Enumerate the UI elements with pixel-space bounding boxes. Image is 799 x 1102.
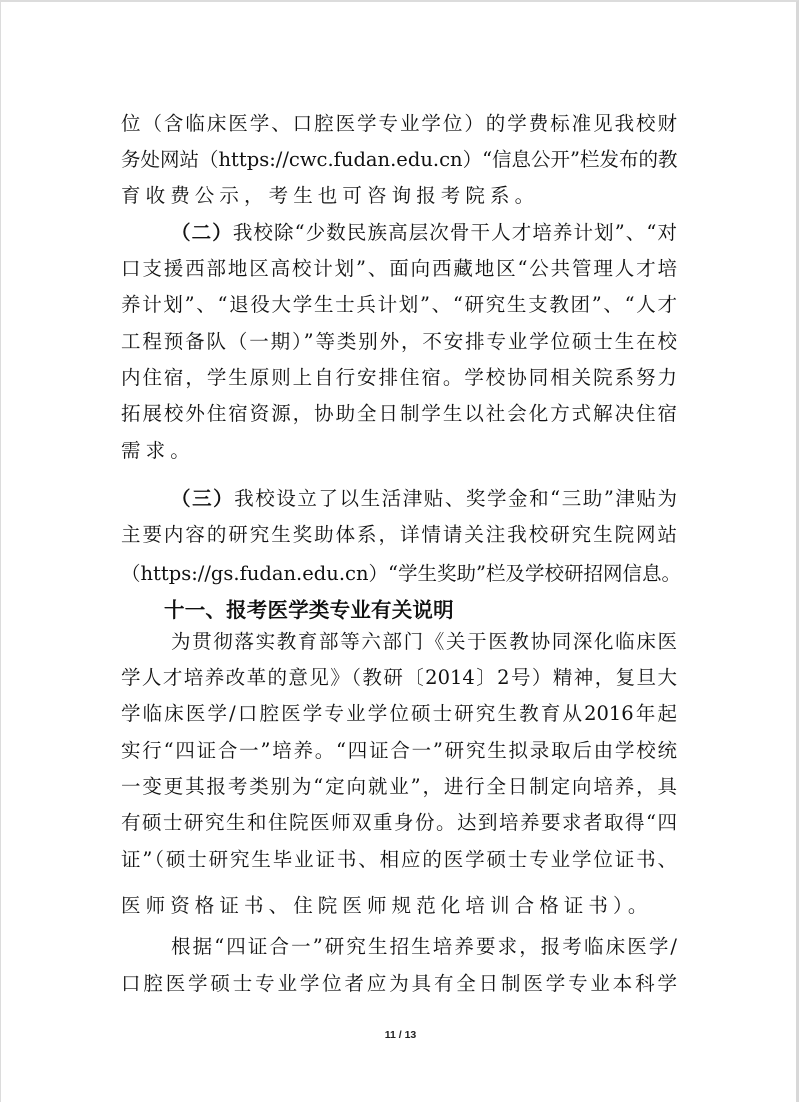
text-line: （https://gs.fudan.edu.cn）“学生奖助”栏及学校研招网信息… [121,562,677,586]
text-line: 口支援西部地区高校计划”、面向西藏地区“公共管理人才培 [121,257,677,281]
text-line: 拓展校外住宿资源，协助全日制学生以社会化方式解决住宿 [121,402,677,426]
text-line: 为贯彻落实教育部等六部门《关于医教协同深化临床医 [171,630,677,654]
text-line: 我校设立了以生活津贴、奖学金和“三助”津贴为 [234,487,677,510]
text-line: 口腔医学硕士专业学位者应为具有全日制医学专业本科学 [121,972,677,996]
text-line: 实行“四证合一”培养。“四证合一”研究生拟录取后由学校统 [121,739,677,763]
text-line: 主要内容的研究生奖助体系，详情请关注我校研究生院网站 [121,523,677,547]
text-line: 需求。 [121,439,677,463]
section-2-label: （二） [171,221,233,244]
text-line: 医师资格证书、住院医师规范化培训合格证书）。 [121,894,677,918]
text-line: 位（含临床医学、口腔医学专业学位）的学费标准见我校财 [121,112,677,136]
text-line: 务处网站（https://cwc.fudan.edu.cn）“信息公开”栏发布的… [121,148,677,172]
text-line: 有硕士研究生和住院医师双重身份。达到培养要求者取得“四 [121,811,677,835]
text-line: 内住宿，学生原则上自行安排住宿。学校协同相关院系努力 [121,366,677,390]
section-3-label: （三） [171,487,234,510]
text-line: 工程预备队（一期）”等类别外，不安排专业学位硕士生在校 [121,330,677,354]
paragraph-section-3-first-line: （三）我校设立了以生活津贴、奖学金和“三助”津贴为 [171,487,677,511]
page-number: 11 / 13 [1,1029,799,1041]
paragraph-section-2-first-line: （二）我校除“少数民族高层次骨干人才培养计划”、“对 [171,221,677,245]
text-line: 我校除“少数民族高层次骨干人才培养计划”、“对 [233,221,677,244]
section-heading: 十一、报考医学类专业有关说明 [164,597,454,623]
text-line: 养计划”、“退役大学生士兵计划”、“研究生支教团”、“人才 [121,293,677,317]
text-line: 学人才培养改革的意见》（教研〔2014〕2号）精神，复旦大 [121,666,677,690]
text-line: 根据“四证合一”研究生招生培养要求，报考临床医学/ [171,935,677,959]
text-line: 学临床医学/口腔医学专业学位硕士研究生教育从2016年起 [121,702,677,726]
text-line: 一变更其报考类别为“定向就业”，进行全日制定向培养，具 [121,775,677,799]
text-line: 证”（硕士研究生毕业证书、相应的医学硕士专业学位证书、 [121,848,677,872]
document-page: 位（含临床医学、口腔医学专业学位）的学费标准见我校财 务处网站（https://… [0,0,799,1102]
text-line: 育收费公示，考生也可咨询报考院系。 [121,184,677,208]
